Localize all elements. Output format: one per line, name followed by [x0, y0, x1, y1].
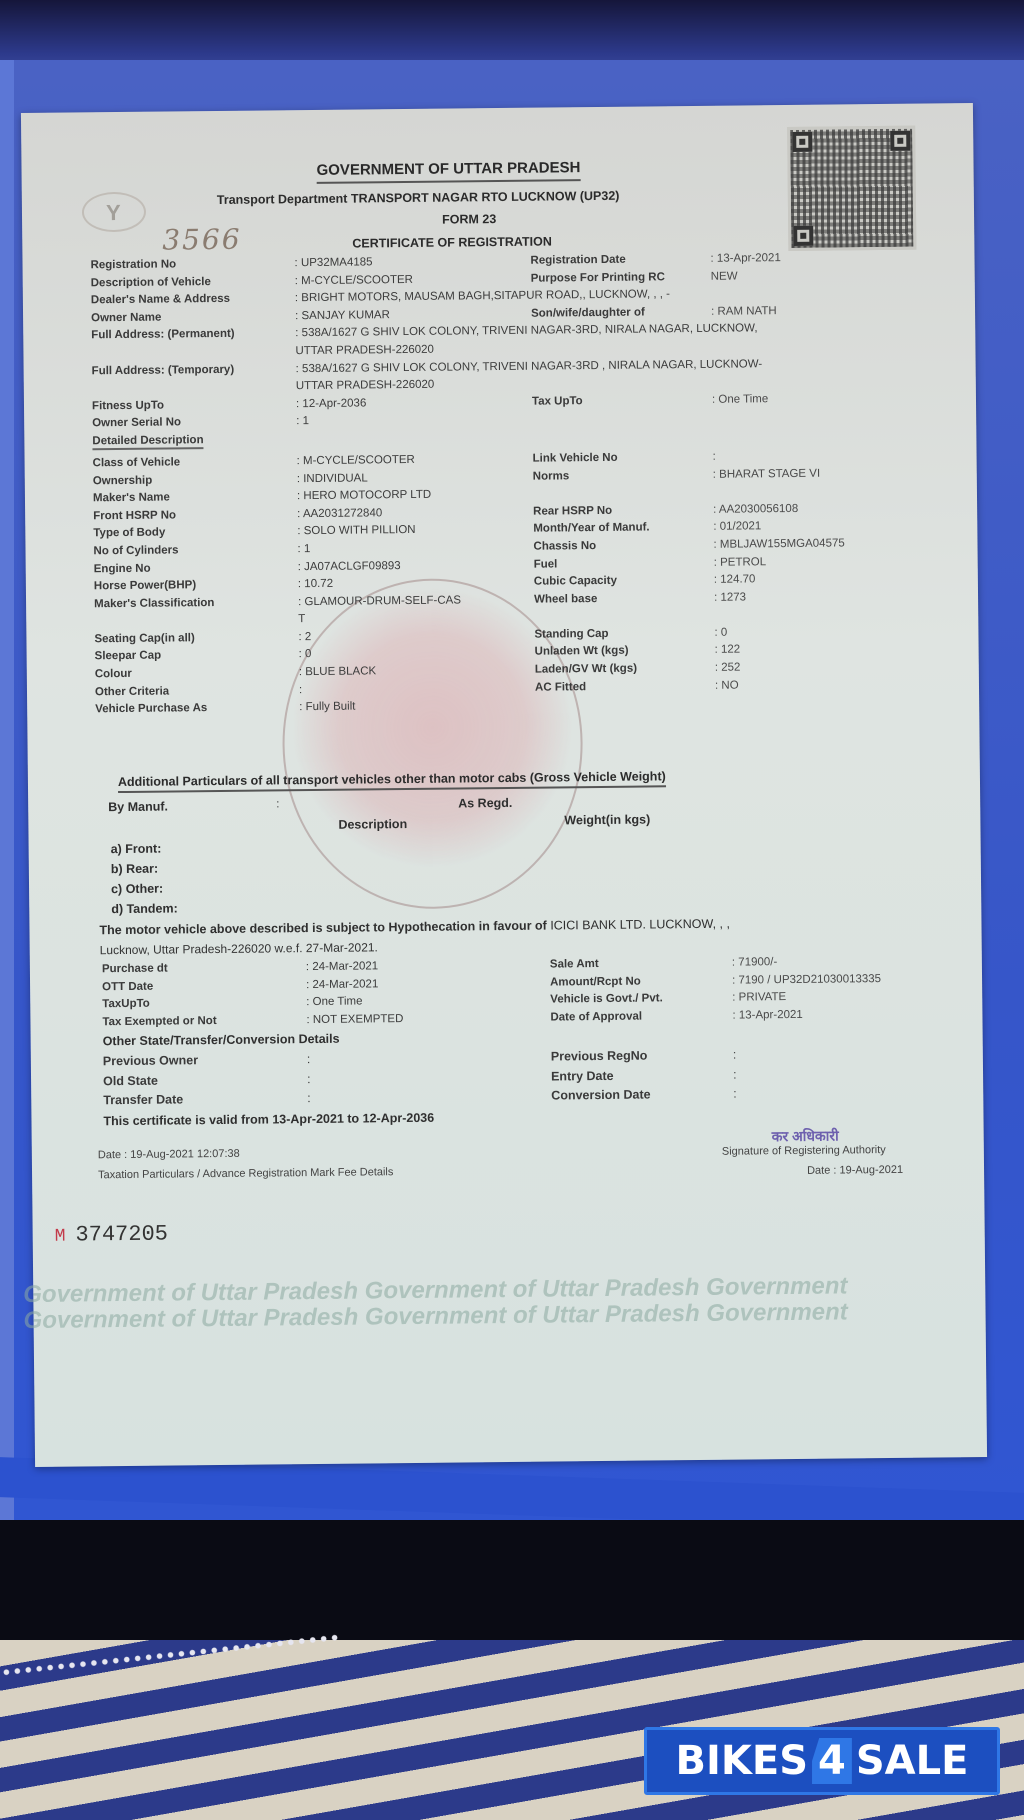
serial-number: 3747205: [75, 1222, 168, 1248]
field-value: : M-CYCLE/SCOOTER: [295, 274, 413, 287]
signature-ink: कर अधिकारी: [772, 1127, 839, 1147]
field-value: : UP32MA4185: [294, 256, 372, 269]
field-label: Horse Power(BHP): [94, 579, 196, 592]
form-number: FORM 23: [442, 212, 496, 227]
field-value: :: [299, 684, 302, 696]
field-label: Dealer's Name & Address: [91, 293, 230, 306]
brand-mid: 4: [812, 1738, 852, 1784]
transfer-details: Previous Owner:Previous RegNo:Old State:…: [103, 1046, 934, 1113]
field-label: Type of Body: [93, 527, 165, 540]
field-value: :: [307, 1072, 311, 1086]
registration-certificate: 3566 GOVERNMENT OF UTTAR PRADESH Transpo…: [21, 103, 987, 1467]
transfer-heading: Other State/Transfer/Conversion Details: [103, 1032, 340, 1048]
field-label: Conversion Date: [551, 1087, 650, 1102]
as-regd-label: As Regd.: [458, 796, 512, 811]
certificate-serial: M3747205: [55, 1222, 168, 1248]
field-label: Purpose For Printing RC: [531, 271, 665, 284]
field-label: Maker's Classification: [94, 597, 214, 610]
print-date: Date : 19-Aug-2021 12:07:38: [98, 1148, 240, 1161]
field-label: Seating Cap(in all): [94, 632, 194, 645]
field-label: Previous RegNo: [551, 1049, 648, 1064]
weight-column: Weight(in kgs): [564, 812, 650, 827]
field-value: : NO: [715, 679, 739, 691]
field-label: Vehicle Purchase As: [95, 702, 207, 715]
field-label: Full Address: (Permanent): [91, 328, 234, 342]
field-label: Ownership: [93, 474, 153, 487]
field-value: : 124.70: [714, 573, 756, 585]
field-value: :: [733, 1048, 737, 1062]
axle-tandem: d) Tandem:: [111, 901, 178, 916]
field-label: Wheel base: [534, 593, 597, 606]
validity-statement: This certificate is valid from 13-Apr-20…: [103, 1111, 434, 1128]
field-label: Sleepar Cap: [95, 650, 162, 663]
detailed-description-heading: Detailed Description: [92, 434, 203, 450]
field-value: : AA2030056108: [713, 503, 798, 516]
handwritten-number: 3566: [162, 223, 242, 257]
field-value: : PETROL: [714, 556, 767, 569]
field-label: Son/wife/daughter of: [531, 306, 645, 319]
field-value: : 24-Mar-2021: [306, 978, 378, 991]
field-value: : PRIVATE: [732, 991, 786, 1004]
description-column: Description: [338, 817, 407, 832]
field-value: : Fully Built: [299, 701, 355, 714]
field-label: Registration No: [90, 258, 176, 271]
field-label: Unladen Wt (kgs): [535, 645, 629, 658]
field-label: Description of Vehicle: [91, 276, 211, 289]
hypothecation-lead: The motor vehicle above described is sub…: [99, 919, 546, 938]
field-label: Owner Name: [91, 311, 161, 324]
field-value: : INDIVIDUAL: [297, 472, 368, 485]
by-manuf-label: By Manuf.: [108, 800, 168, 815]
field-label: Rear HSRP No: [533, 505, 612, 518]
field-value: : 01/2021: [713, 521, 761, 534]
field-label: Colour: [95, 668, 132, 680]
axle-rear: b) Rear:: [111, 862, 158, 876]
field-label: Entry Date: [551, 1068, 614, 1083]
purchase-details: Purchase dt: 24-Mar-2021Sale Amt: 71900/…: [102, 955, 933, 1034]
field-label: Engine No: [94, 562, 151, 575]
field-value: : BHARAT STAGE VI: [713, 467, 820, 480]
by-manuf-value: :: [276, 798, 279, 810]
field-value: : 13-Apr-2021: [732, 1009, 802, 1022]
field-value: : MBLJAW155MGA04575: [713, 537, 844, 550]
field-value: : 10.72: [298, 578, 333, 590]
field-label: Tax UpTo: [532, 395, 583, 408]
field-label: Maker's Name: [93, 492, 170, 505]
field-label: Registration Date: [530, 254, 625, 267]
field-label: Old State: [103, 1073, 158, 1088]
field-label: Transfer Date: [103, 1092, 183, 1107]
hypothecation-address: Lucknow, Uttar Pradesh-226020 w.e.f. 27-…: [100, 940, 378, 957]
field-label: Purchase dt: [102, 963, 168, 976]
certificate-title: CERTIFICATE OF REGISTRATION: [352, 234, 552, 250]
serial-prefix: M: [55, 1227, 66, 1247]
field-value: : GLAMOUR-DRUM-SELF-CAS: [298, 594, 461, 608]
hypothecation-bank: ICICI BANK LTD. LUCKNOW, , ,: [550, 917, 730, 933]
field-value: : 1: [297, 543, 310, 555]
axle-other: c) Other:: [111, 882, 163, 897]
brand-left: BIKES: [676, 1738, 809, 1784]
field-value: : One Time: [306, 996, 362, 1009]
government-heading: GOVERNMENT OF UTTAR PRADESH: [316, 159, 580, 184]
field-label: Fitness UpTo: [92, 399, 164, 412]
field-label: Front HSRP No: [93, 509, 176, 522]
field-value: : SOLO WITH PILLION: [297, 524, 415, 537]
field-label: Standing Cap: [534, 628, 608, 641]
field-value: : 13-Apr-2021: [710, 252, 780, 265]
field-value: : JA07ACLGF09893: [298, 560, 401, 573]
field-label: Fuel: [534, 558, 558, 570]
field-value: :: [307, 1052, 311, 1066]
field-value: : 0: [299, 648, 312, 660]
field-label: Cubic Capacity: [534, 575, 617, 588]
taxation-particulars: Taxation Particulars / Advance Registrat…: [98, 1166, 393, 1181]
field-label: Sale Amt: [550, 958, 599, 971]
additional-particulars-heading: Additional Particulars of all transport …: [118, 769, 666, 793]
field-label: Other Criteria: [95, 685, 169, 698]
field-label: Norms: [533, 470, 570, 482]
axle-front: a) Front:: [111, 842, 162, 857]
field-value: NEW: [711, 270, 738, 282]
field-value: UTTAR PRADESH-226020: [296, 379, 435, 392]
field-label: Amount/Rcpt No: [550, 975, 641, 988]
department-heading: Transport Department TRANSPORT NAGAR RTO…: [217, 189, 620, 207]
field-value: T: [298, 613, 305, 625]
brand-right: SALE: [856, 1738, 969, 1784]
field-value: UTTAR PRADESH-226020: [295, 344, 434, 357]
field-label: Link Vehicle No: [533, 452, 618, 465]
field-label: OTT Date: [102, 980, 153, 993]
field-value: :: [713, 451, 716, 463]
hypothecation-text: The motor vehicle above described is sub…: [99, 917, 730, 938]
field-label: No of Cylinders: [93, 544, 178, 557]
field-value: : BRIGHT MOTORS, MAUSAM BAGH,SITAPUR ROA…: [295, 288, 670, 304]
field-value: : AA2031272840: [297, 507, 382, 520]
field-label: Vehicle is Govt./ Pvt.: [550, 993, 663, 1006]
field-label: Month/Year of Manuf.: [533, 522, 649, 535]
field-label: TaxUpTo: [102, 998, 150, 1010]
field-value: : NOT EXEMPTED: [306, 1013, 403, 1026]
field-label: Class of Vehicle: [93, 456, 181, 469]
field-value: : RAM NATH: [711, 305, 777, 318]
field-value: : 71900/-: [732, 956, 778, 968]
up-emblem-icon: [82, 192, 146, 233]
field-label: Previous Owner: [103, 1053, 198, 1068]
field-label: Owner Serial No: [92, 417, 181, 430]
field-label: Date of Approval: [550, 1010, 642, 1023]
field-label: Chassis No: [533, 540, 596, 553]
field-value: : 2: [298, 631, 311, 643]
field-label: Laden/GV Wt (kgs): [535, 663, 637, 676]
field-label: Full Address: (Temporary): [92, 363, 235, 376]
field-value: : 0: [714, 627, 727, 639]
field-value: : 7190 / UP32D21030013335: [732, 973, 881, 987]
field-value: : 1273: [714, 591, 746, 603]
field-value: : 252: [715, 662, 741, 674]
field-label: AC Fitted: [535, 681, 586, 694]
qr-code-icon: [787, 126, 916, 251]
signature-date: Date : 19-Aug-2021: [807, 1164, 903, 1177]
field-value: :: [733, 1087, 737, 1101]
field-value: : 12-Apr-2036: [296, 397, 366, 410]
field-value: : SANJAY KUMAR: [295, 309, 390, 322]
registration-details: Registration No: UP32MA4185Registration …: [90, 251, 925, 722]
field-value: : One Time: [712, 393, 768, 406]
signature-label: Signature of Registering Authority: [722, 1144, 886, 1158]
field-value: : BLUE BLACK: [299, 665, 376, 678]
bikes4sale-logo: BIKES 4 SALE: [644, 1727, 1000, 1795]
field-value: :: [307, 1091, 311, 1105]
field-value: : HERO MOTOCORP LTD: [297, 489, 431, 502]
field-value: : 122: [715, 644, 741, 656]
field-value: : 24-Mar-2021: [306, 960, 378, 973]
field-value: : 1: [296, 415, 309, 427]
field-value: : M-CYCLE/SCOOTER: [297, 454, 415, 467]
field-label: Tax Exempted or Not: [102, 1015, 216, 1028]
field-value: :: [733, 1067, 737, 1081]
